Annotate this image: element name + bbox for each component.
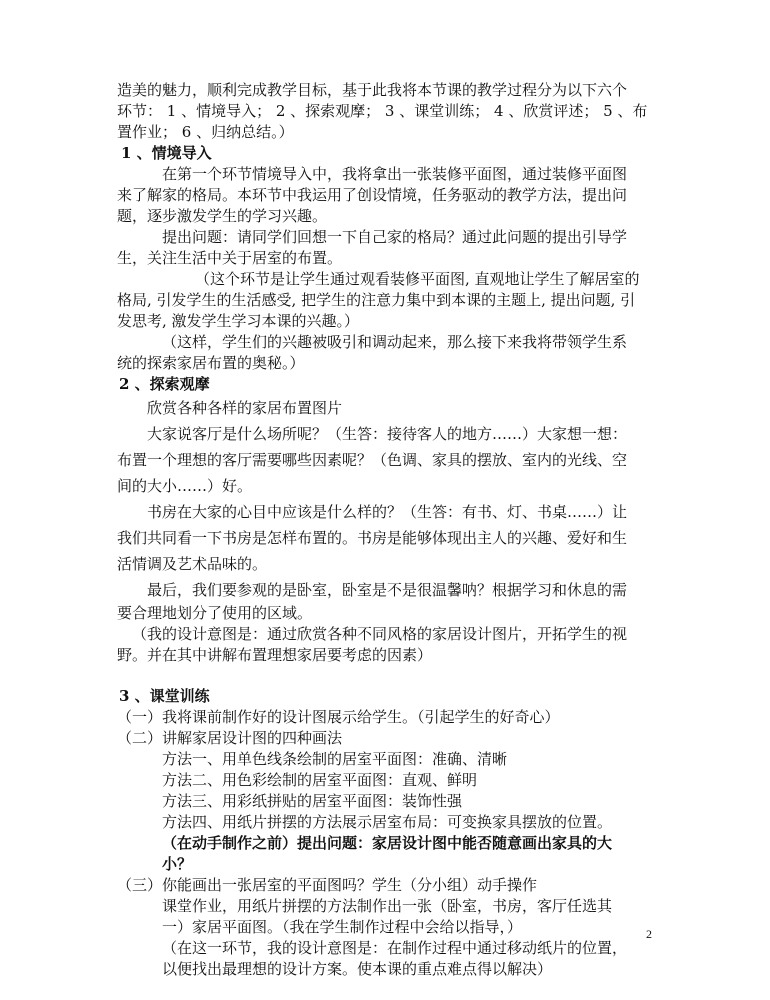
section-heading-2: 2 、探索观摩 [117, 374, 657, 395]
paragraph-line: 大家说客厅是什么场所呢？（生答：接待客人的地方……）大家想一想： [117, 421, 657, 447]
document-page: 造美的魅力，顺利完成教学目标，基于此我将本节课的教学过程分为以下六个 环节： 1… [117, 80, 657, 980]
paragraph-line: 小？ [117, 854, 657, 875]
paragraph-line: 造美的魅力，顺利完成教学目标，基于此我将本节课的教学过程分为以下六个 [117, 80, 657, 101]
paragraph-line: 题，逐步激发学生的学习兴趣。 [117, 206, 657, 227]
paragraph-line: 环节： 1 、情境导入； 2 、探索观摩； 3 、课堂训练； 4 、欣赏评述； … [117, 101, 657, 122]
paragraph-line: （在动手制作之前）提出问题：家居设计图中能否随意画出家具的大 [117, 833, 657, 854]
paragraph-line: 要合理地划分了使用的区域。 [117, 603, 657, 624]
section-heading-3: 3 、课堂训练 [117, 686, 657, 707]
paragraph-line: 布置一个理想的客厅需要哪些因素呢？（色调、家具的摆放、室内的光线、空 [117, 447, 657, 473]
paragraph-line: 以便找出最理想的设计方案。使本课的重点难点得以解决） [117, 959, 657, 980]
paragraph-line: 书房在大家的心目中应该是什么样的？（生答：有书、灯、书桌……）让 [117, 499, 657, 525]
paragraph-line: 生，关注生活中关于居室的布置。 [117, 248, 657, 269]
paragraph-line: 统的探索家居布置的奥秘。） [117, 353, 657, 374]
paragraph-line: （一）我将课前制作好的设计图展示给学生。（引起学生的好奇心） [117, 707, 657, 728]
page-number: 2 [646, 927, 652, 942]
paragraph-line: 野。并在其中讲解布置理想家居要考虑的因素） [117, 645, 657, 666]
paragraph-line: （我的设计意图是：通过欣赏各种不同风格的家居设计图片，开拓学生的视 [117, 624, 657, 645]
paragraph-line: 课堂作业，用纸片拼摆的方法制作出一张（卧室，书房，客厅任选其 [117, 896, 657, 917]
paragraph-line: 间的大小……）好。 [117, 473, 657, 499]
paragraph-line: （三）你能画出一张居室的平面图吗？学生（分小组）动手操作 [117, 875, 657, 896]
paragraph-line: 一）家居平面图。（我在学生制作过程中会给以指导，） [117, 917, 657, 938]
paragraph-line: （这样，学生们的兴趣被吸引和调动起来，那么接下来我将带领学生系 [117, 332, 657, 353]
paragraph-line: （二）讲解家居设计图的四种画法 [117, 728, 657, 749]
paragraph-line: 我们共同看一下书房是怎样布置的。书房是能够体现出主人的兴趣、爱好和生 [117, 525, 657, 551]
paragraph-line: 来了解家的格局。本环节中我运用了创设情境，任务驱动的教学方法，提出问 [117, 185, 657, 206]
paragraph-line: 格局, 引发学生的生活感受, 把学生的注意力集中到本课的主题上, 提出问题, 引 [117, 290, 657, 311]
paragraph-line: 方法三、用彩纸拼贴的居室平面图：装饰性强 [117, 791, 657, 812]
paragraph-line: 置作业； 6 、归纳总结。） [117, 122, 657, 143]
paragraph-line: 提出问题：请同学们回想一下自己家的格局？通过此问题的提出引导学 [117, 227, 657, 248]
paragraph-line: 在第一个环节情境导入中，我将拿出一张装修平面图，通过装修平面图 [117, 164, 657, 185]
paragraph-line: 方法二、用色彩绘制的居室平面图：直观、鲜明 [117, 770, 657, 791]
blank-line [117, 666, 657, 686]
paragraph-line: 方法一、用单色线条绘制的居室平面图：准确、清晰 [117, 749, 657, 770]
paragraph-line: 方法四、用纸片拼摆的方法展示居室布局：可变换家具摆放的位置。 [117, 812, 657, 833]
paragraph-line: 最后，我们要参观的是卧室，卧室是不是很温馨呐？根据学习和休息的需 [117, 577, 657, 603]
paragraph-line: 欣赏各种各样的家居布置图片 [117, 395, 657, 421]
paragraph-line: 发思考, 激发学生学习本课的兴趣。） [117, 311, 657, 332]
section-heading-1: 1 、情境导入 [117, 143, 657, 164]
paragraph-line: 活情调及艺术品味的。 [117, 551, 657, 577]
paragraph-line: （在这一环节，我的设计意图是：在制作过程中通过移动纸片的位置， [117, 938, 657, 959]
paragraph-line: （这个环节是让学生通过观看装修平面图, 直观地让学生了解居室的 [117, 269, 657, 290]
